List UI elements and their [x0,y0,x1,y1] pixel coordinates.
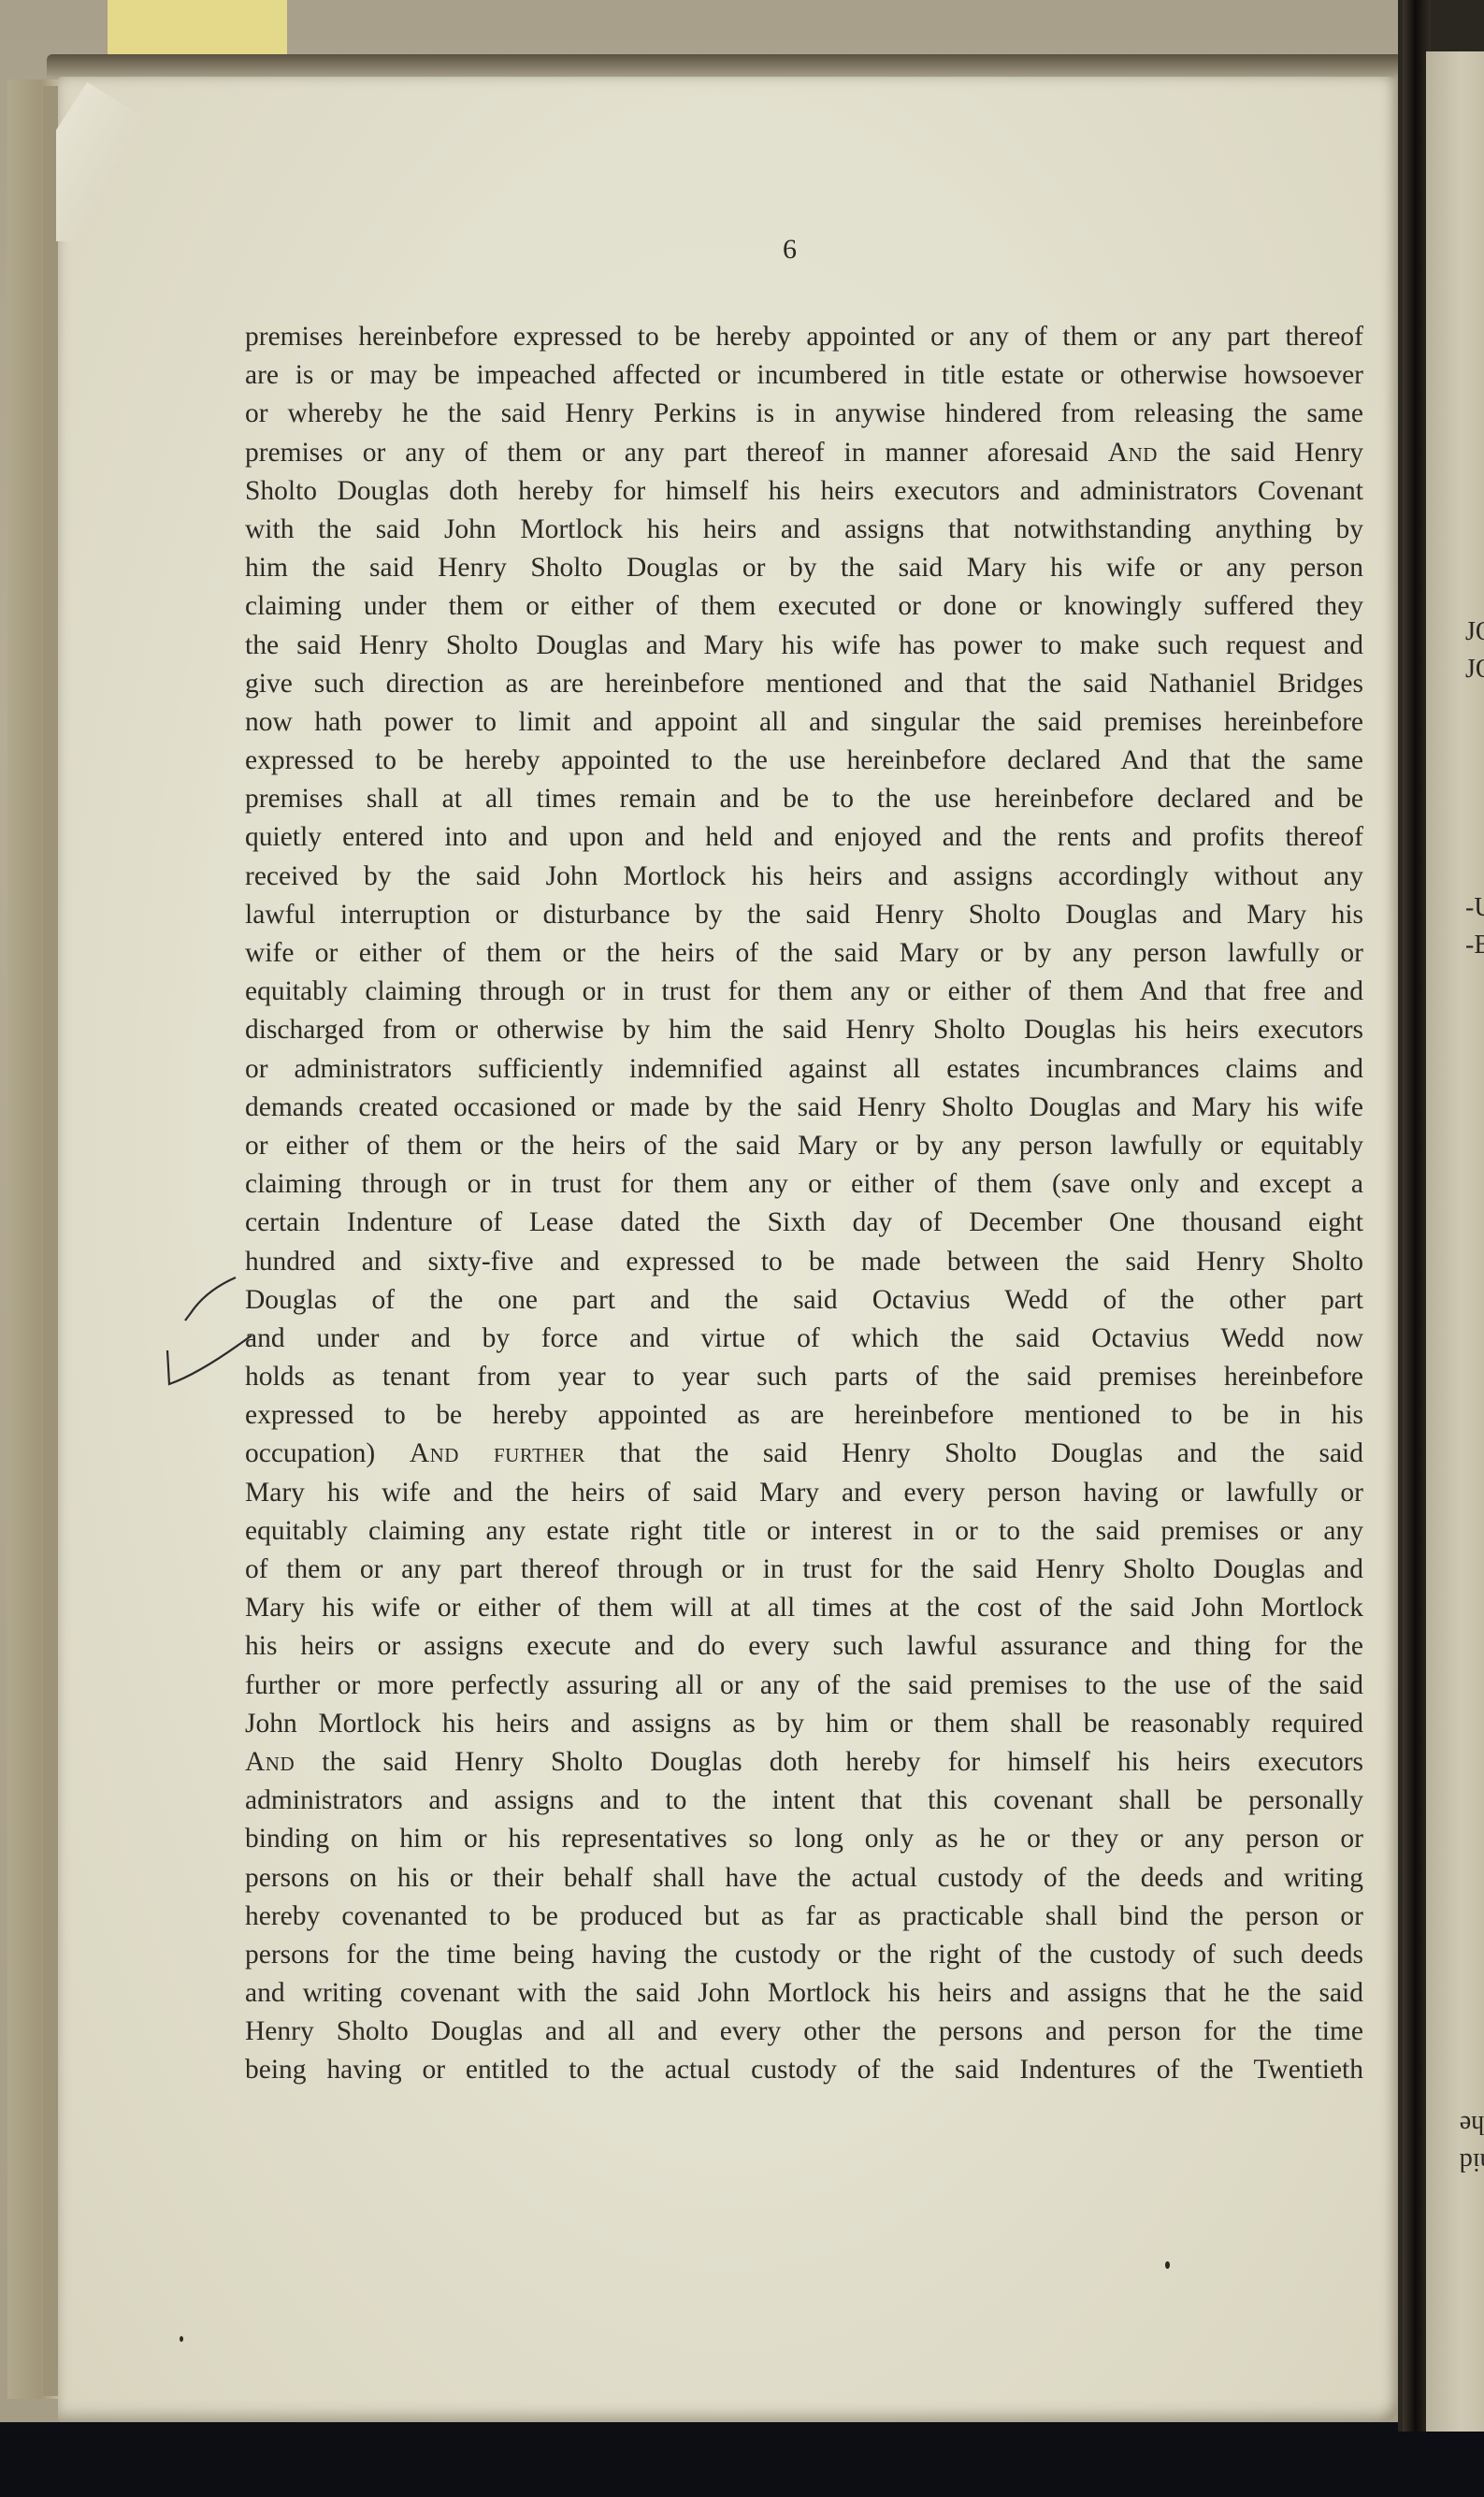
text-line: equitably claiming through or in trust f… [245,973,1363,1011]
scan-background [0,2432,1484,2497]
text-line: Douglas of the one part and the said Oct… [245,1281,1363,1320]
small-caps-keyword: And [1108,438,1158,468]
text-line: quietly entered into and upon and held a… [245,818,1363,857]
text-line: or either of them or the heirs of the sa… [245,1127,1363,1165]
text-line: discharged from or otherwise by him the … [245,1011,1363,1049]
text-line: hundred and sixty-five and expressed to … [245,1243,1363,1281]
text-line: claiming under them or either of them ex… [245,587,1363,626]
text-line: persons for the time being having the cu… [245,1936,1363,1974]
paper-speck [180,2336,183,2342]
text-line: administrators and assigns and to the in… [245,1782,1363,1820]
text-line: John Mortlock his heirs and assigns as b… [245,1705,1363,1743]
text-line: persons on his or their behalf shall hav… [245,1859,1363,1898]
text-line: or administrators sufficiently indemnifi… [245,1050,1363,1089]
text-line: of them or any part thereof through or i… [245,1551,1363,1589]
text-line: premises hereinbefore expressed to be he… [245,318,1363,356]
facing-fragment: -U [1465,893,1484,923]
text-line: or whereby he the said Henry Perkins is … [245,395,1363,433]
text-line: lawful interruption or disturbance by th… [245,896,1363,934]
text-line: binding on him or his representatives so… [245,1820,1363,1858]
text-line: equitably claiming any estate right titl… [245,1512,1363,1551]
text-line: with the said John Mortlock his heirs an… [245,511,1363,549]
pencil-check-mark-icon [164,1328,257,1393]
text-line: hereby covenanted to be produced but as … [245,1898,1363,1936]
text-line: occupation) And further that the said He… [245,1435,1363,1473]
text-line: his heirs or assigns execute and do ever… [245,1627,1363,1666]
text-line: holds as tenant from year to year such p… [245,1358,1363,1396]
text-line: him the said Henry Sholto Douglas or by … [245,549,1363,587]
text-line: and writing covenant with the said John … [245,1974,1363,2013]
text-line: received by the said John Mortlock his h… [245,858,1363,896]
text-line: Mary his wife and the heirs of said Mary… [245,1474,1363,1512]
text-line: demands created occasioned or made by th… [245,1089,1363,1127]
document-body-text: premises hereinbefore expressed to be he… [245,318,1363,2090]
text-line: and under and by force and virtue of whi… [245,1320,1363,1358]
facing-fragment-inverted: aid [1460,2146,1484,2176]
page-top-edge [47,54,1403,79]
page-number: 6 [783,234,797,266]
text-line: Mary his wife or either of them will at … [245,1589,1363,1627]
text-line: And the said Henry Sholto Douglas doth h… [245,1743,1363,1782]
facing-fragment: JO [1465,617,1484,647]
paper-speck [1165,2261,1170,2269]
text-line: Sholto Douglas doth hereby for himself h… [245,472,1363,511]
small-caps-keyword: And [245,1747,295,1777]
facing-page-edge: JO JO -U -B. the aid [1426,51,1484,2446]
facing-fragment-inverted: the [1460,2109,1484,2139]
text-line: certain Indenture of Lease dated the Six… [245,1204,1363,1242]
text-line: premises or any of them or any part ther… [245,434,1363,472]
pencil-check-mark-icon [178,1272,243,1328]
text-line: expressed to be hereby appointed to the … [245,742,1363,780]
text-line: give such direction as are hereinbefore … [245,665,1363,703]
text-line: expressed to be hereby appointed as are … [245,1396,1363,1435]
small-caps-keyword: And further [410,1438,585,1468]
text-line: being having or entitled to the actual c… [245,2051,1363,2089]
text-line: claiming through or in trust for them an… [245,1165,1363,1204]
facing-fragment: -B. [1465,931,1484,960]
text-line: wife or either of them or the heirs of t… [245,934,1363,973]
text-line: the said Henry Sholto Douglas and Mary h… [245,627,1363,665]
facing-fragment: JO [1465,655,1484,685]
text-line: premises shall at all times remain and b… [245,780,1363,818]
text-line: now hath power to limit and appoint all … [245,703,1363,742]
text-line: Henry Sholto Douglas and all and every o… [245,2013,1363,2051]
text-line: are is or may be impeached affected or i… [245,356,1363,395]
text-line: further or more perfectly assuring all o… [245,1667,1363,1705]
